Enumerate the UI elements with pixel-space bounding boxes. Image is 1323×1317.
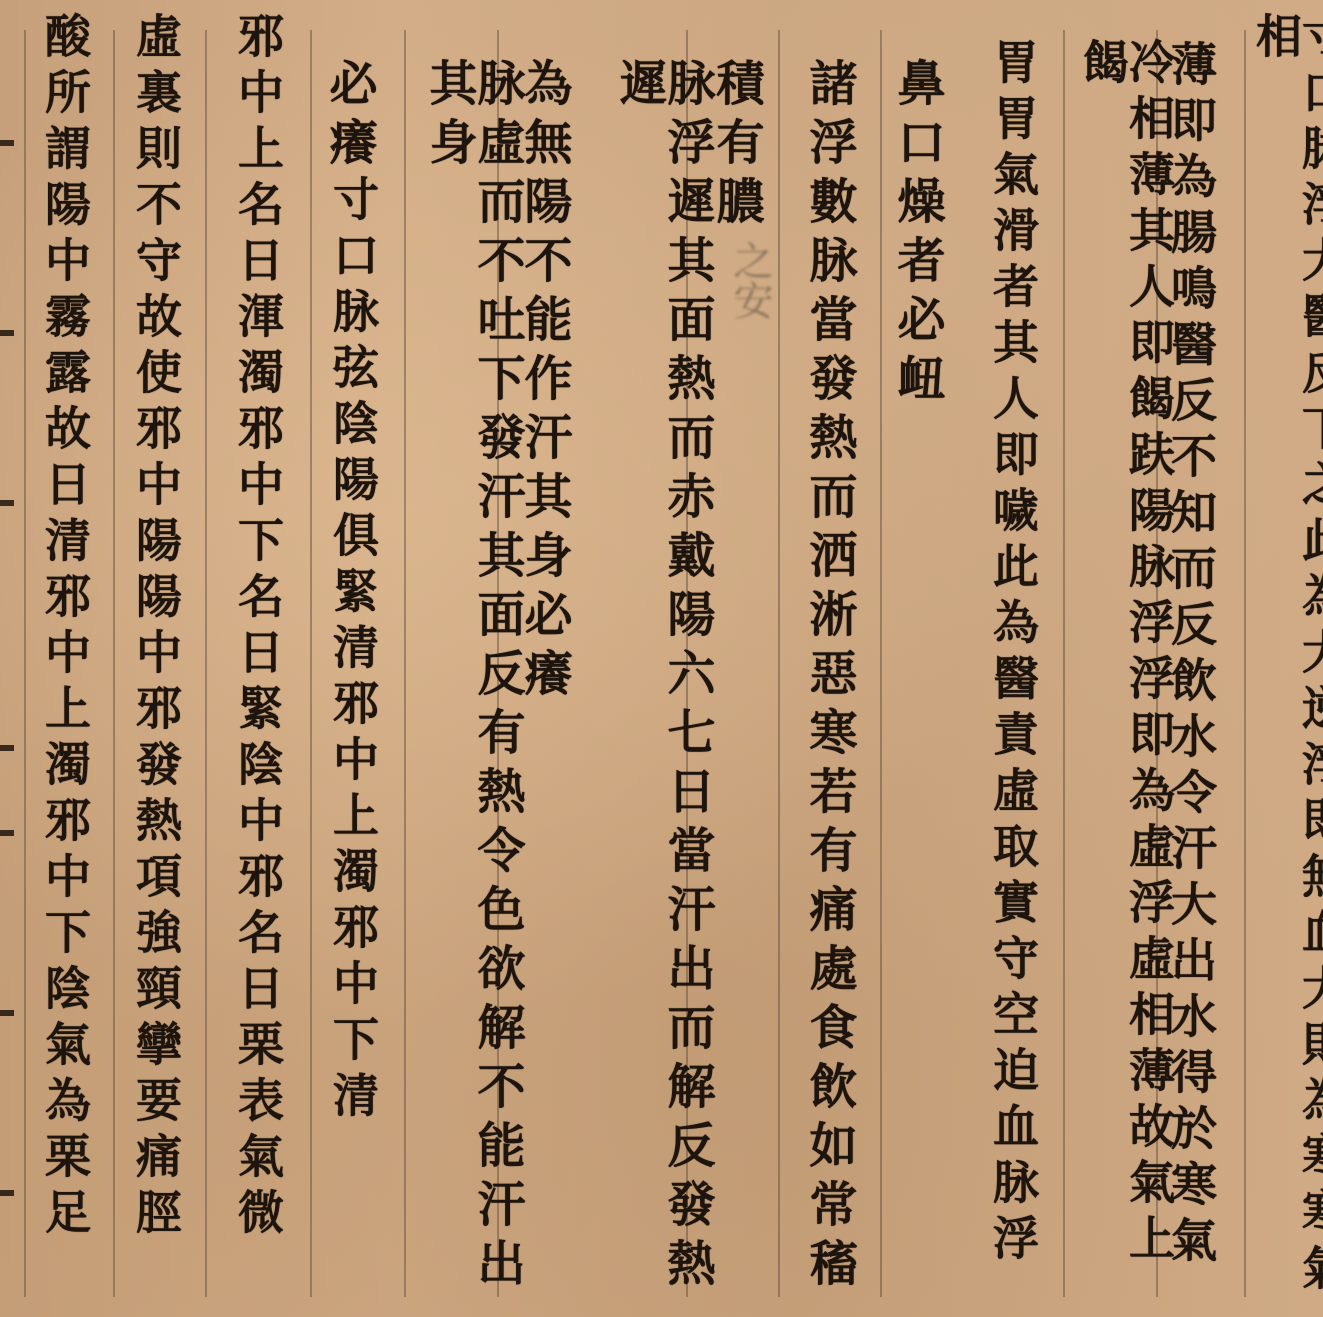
ruling-line xyxy=(778,30,780,1297)
edge-fragment xyxy=(0,500,14,506)
text-column-11: 必癢 xyxy=(325,58,373,176)
edge-fragment xyxy=(0,1010,14,1016)
text-column-14: 虛裏則不守故使邪中陽陽中邪發熱項強頸攣要痛脛 xyxy=(133,12,179,1244)
ruling-line xyxy=(24,30,26,1297)
manuscript-scroll: 寸口脉浮大醫反下之此為大逆浮即無血大則為寒寒氣相 薄即為腸鳴醫反不知而反飲水令汗… xyxy=(0,0,1323,1317)
edge-fragment xyxy=(0,830,14,836)
ruling-line xyxy=(1063,30,1065,1297)
text-column-7: 積有膿 xyxy=(712,58,760,235)
ruling-line xyxy=(310,30,312,1297)
edge-fragment xyxy=(0,140,14,146)
edge-fragment xyxy=(0,745,14,751)
text-column-6: 諸浮數脉當發熱而洒淅惡寒若有痛處食飲如常稸 xyxy=(805,58,853,1297)
text-column-4: 胃胃氣滑者其人即噦此為醫責虛取實守空迫血脉浮 xyxy=(990,38,1036,1270)
ruling-line xyxy=(880,30,882,1297)
text-column-3: 冷相薄其人即餲趺陽脉浮浮即為虛浮虛相薄故氣上餲 xyxy=(1080,38,1172,1317)
text-column-1: 寸口脉浮大醫反下之此為大逆浮即無血大則為寒寒氣相 xyxy=(1253,12,1323,1317)
text-column-15: 酸所謂陽中霧露故日清邪中上濁邪中下陰氣為栗足 xyxy=(42,12,88,1244)
text-column-9: 為無陽不能作汗其身必癢 xyxy=(520,58,568,707)
text-column-5: 鼻口燥者必衄 xyxy=(893,58,941,412)
ruling-line xyxy=(205,30,207,1297)
edge-fragment xyxy=(0,1190,14,1196)
edge-fragment xyxy=(0,330,14,336)
faint-annotation: 之安 xyxy=(722,240,779,320)
ruling-line xyxy=(404,30,406,1297)
ruling-line xyxy=(1244,30,1246,1297)
ruling-line xyxy=(113,30,115,1297)
text-column-12: 寸口脉弦陰陽俱緊清邪中上濁邪中下清 xyxy=(330,175,376,1127)
text-column-10: 脉虛而不吐下發汗其面反有熱令色欲解不能汗出其身 xyxy=(425,58,521,1317)
text-column-13: 邪中上名日渾濁邪中下名日緊陰中邪名日栗表氣微 xyxy=(235,12,281,1244)
text-column-8: 脉浮遲其面熱而赤戴陽六七日當汗出而解反發熱遲 xyxy=(615,58,711,1317)
